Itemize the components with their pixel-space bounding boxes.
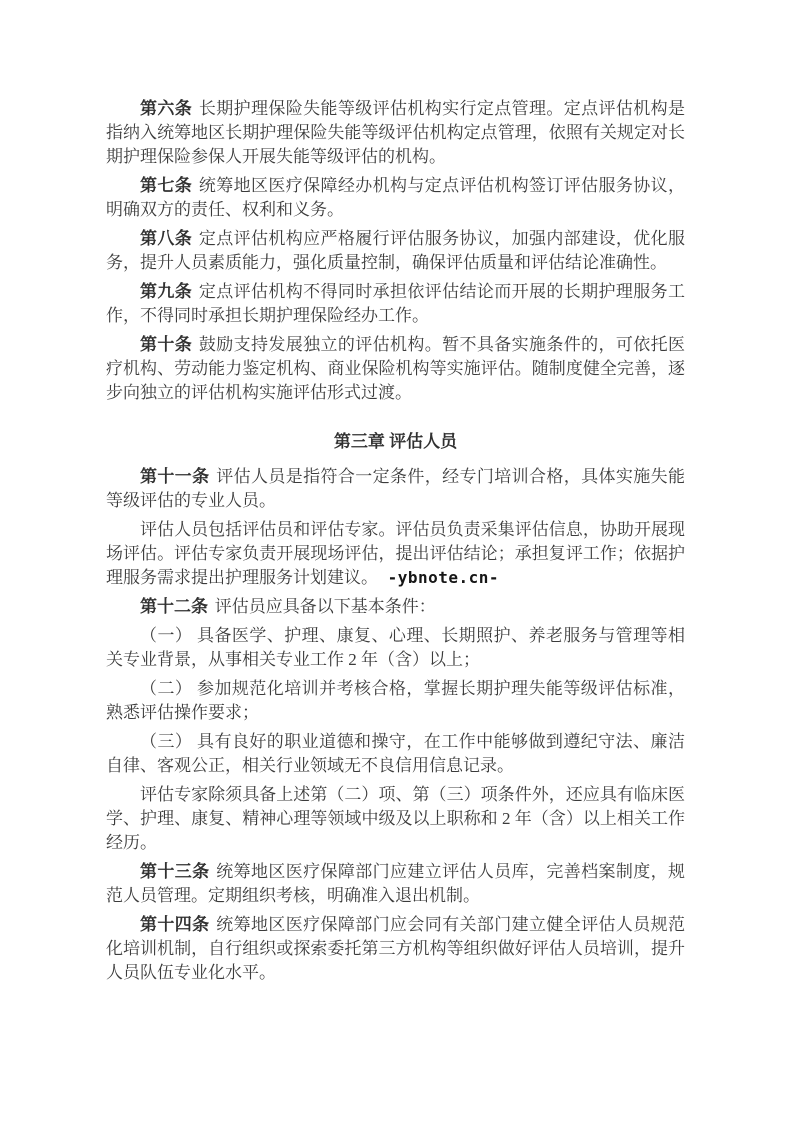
article-7-text: 统筹地区医疗保障经办机构与定点评估机构签订评估服务协议，明确双方的责任、权利和义…	[106, 176, 685, 219]
article-10-label: 第十条	[140, 335, 192, 354]
article-6-text: 长期护理保险失能等级评估机构实行定点管理。定点评估机构是指纳入统筹地区长期护理保…	[106, 99, 685, 166]
article-8-label: 第八条	[140, 229, 192, 248]
article-12-item-1-paragraph: （一） 具备医学、护理、康复、心理、长期照护、养老服务与管理等相关专业背景，从事…	[106, 624, 685, 672]
article-8-text: 定点评估机构应严格履行评估服务协议，加强内部建设，优化服务，提升人员素质能力，强…	[106, 229, 685, 272]
article-7-label: 第七条	[140, 176, 192, 195]
article-12-item-3-paragraph: （三） 具有良好的职业道德和操守，在工作中能够做到遵纪守法、廉洁自律、客观公正，…	[106, 730, 685, 778]
document-page: 第六条长期护理保险失能等级评估机构实行定点管理。定点评估机构是指纳入统筹地区长期…	[0, 0, 793, 1122]
article-10-text: 鼓励支持发展独立的评估机构。暂不具备实施条件的，可依托医疗机构、劳动能力鉴定机构…	[106, 335, 685, 402]
article-12-item-2-text: （二） 参加规范化培训并考核合格，掌握长期护理失能等级评估标准，熟悉评估操作要求…	[106, 679, 685, 722]
article-13-label: 第十三条	[140, 862, 210, 881]
chapter-3-heading: 第三章 评估人员	[106, 430, 685, 454]
assessment-expert-text: 评估专家除须具备上述第（二）项、第（三）项条件外，还应具有临床医学、护理、康复、…	[106, 785, 685, 852]
article-12-item-2-paragraph: （二） 参加规范化培训并考核合格，掌握长期护理失能等级评估标准，熟悉评估操作要求…	[106, 677, 685, 725]
article-14-paragraph: 第十四条统筹地区医疗保障部门应会同有关部门建立健全评估人员规范化培训机制，自行组…	[106, 913, 685, 985]
article-13-paragraph: 第十三条统筹地区医疗保障部门应建立评估人员库，完善档案制度，规范人员管理。定期组…	[106, 860, 685, 908]
article-9-label: 第九条	[140, 282, 192, 301]
article-11-paragraph: 第十一条评估人员是指符合一定条件，经专门培训合格，具体实施失能等级评估的专业人员…	[106, 465, 685, 513]
assessment-expert-paragraph: 评估专家除须具备上述第（二）项、第（三）项条件外，还应具有临床医学、护理、康复、…	[106, 783, 685, 855]
article-10-paragraph: 第十条鼓励支持发展独立的评估机构。暂不具备实施条件的，可依托医疗机构、劳动能力鉴…	[106, 333, 685, 405]
article-12-paragraph: 第十二条评估员应具备以下基本条件：	[106, 595, 685, 619]
article-11-body-paragraph: 评估人员包括评估员和评估专家。评估员负责采集评估信息，协助开展现场评估。评估专家…	[106, 518, 685, 590]
article-7-paragraph: 第七条统筹地区医疗保障经办机构与定点评估机构签订评估服务协议，明确双方的责任、权…	[106, 174, 685, 222]
article-12-label: 第十二条	[140, 597, 208, 616]
article-6-label: 第六条	[140, 99, 192, 118]
article-11-label: 第十一条	[140, 467, 210, 486]
article-12-text: 评估员应具备以下基本条件：	[215, 597, 436, 616]
article-12-item-1-text: （一） 具备医学、护理、康复、心理、长期照护、养老服务与管理等相关专业背景，从事…	[106, 626, 685, 669]
article-8-paragraph: 第八条定点评估机构应严格履行评估服务协议，加强内部建设，优化服务，提升人员素质能…	[106, 227, 685, 275]
article-14-label: 第十四条	[140, 915, 210, 934]
article-6-paragraph: 第六条长期护理保险失能等级评估机构实行定点管理。定点评估机构是指纳入统筹地区长期…	[106, 97, 685, 169]
article-9-text: 定点评估机构不得同时承担依评估结论而开展的长期护理服务工作，不得同时承担长期护理…	[106, 282, 685, 325]
article-9-paragraph: 第九条定点评估机构不得同时承担依评估结论而开展的长期护理服务工作，不得同时承担长…	[106, 280, 685, 328]
article-12-item-3-text: （三） 具有良好的职业道德和操守，在工作中能够做到遵纪守法、廉洁自律、客观公正，…	[106, 732, 685, 775]
ybnote-watermark: -ybnote.cn-	[388, 568, 499, 587]
